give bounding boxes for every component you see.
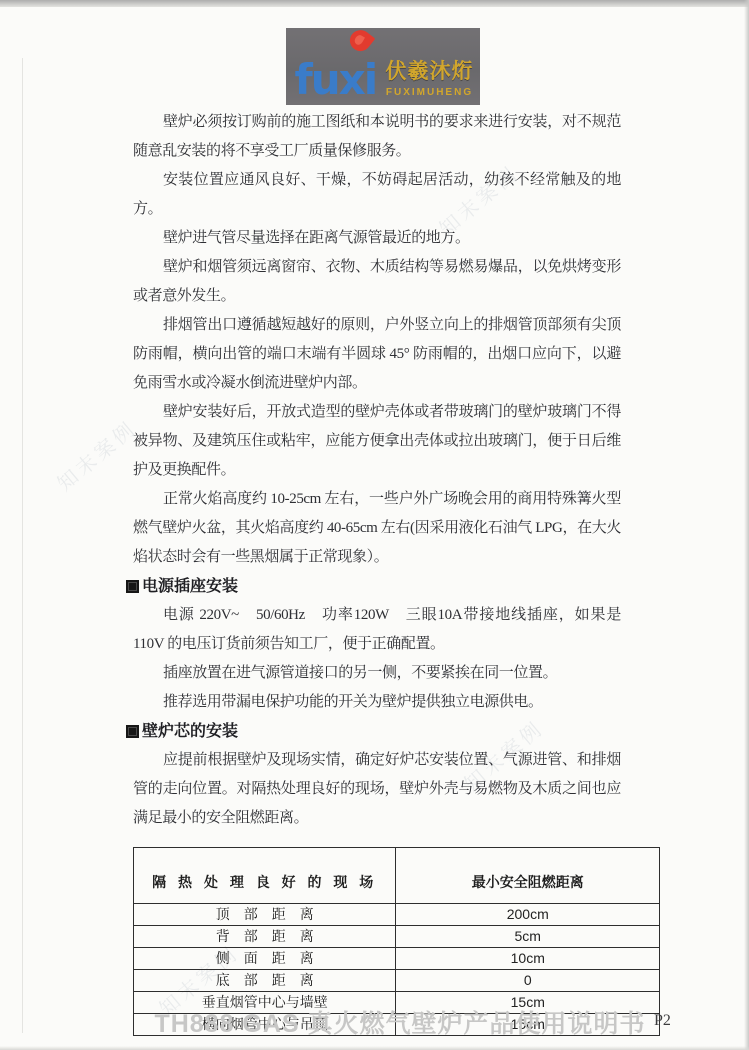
scan-edge-bottom [0, 1046, 749, 1050]
section-title-label: 壁炉芯的安装 [142, 717, 238, 746]
body-paragraph: 推荐选用带漏电保护功能的开关为壁炉提供独立电源供电。 [133, 688, 621, 717]
section-title-label: 电源插座安装 [142, 572, 238, 601]
scan-edge-left [22, 58, 23, 1033]
body-paragraph: 插座放置在进气源管道接口的另一侧，不要紧挨在同一位置。 [133, 659, 621, 688]
flame-icon [345, 26, 374, 55]
footer-watermark-title: TH888 GAS 真火燃气壁炉产品使用说明书 [140, 1004, 660, 1040]
body-paragraph: 壁炉安装好后，开放式造型的壁炉壳体或者带玻璃门的壁炉玻璃门不得被异物、及建筑压住… [133, 398, 621, 485]
table-row: 背 部 距 离 5cm [134, 926, 660, 948]
section-title-power-socket: 电源插座安装 [126, 572, 621, 601]
section-title-firebox-install: 壁炉芯的安装 [126, 717, 621, 746]
table-header-cell: 隔 热 处 理 良 好 的 现 场 [134, 848, 396, 904]
logo-brand-text: fuxi [295, 59, 377, 101]
table-cell-label: 侧 面 距 离 [134, 948, 396, 970]
logo-chinese-name: 伏羲沐烆 [386, 55, 474, 85]
table-header-cell: 最小安全阻燃距离 [396, 848, 660, 904]
table-cell-label: 背 部 距 离 [134, 926, 396, 948]
logo-name-block: 伏羲沐烆 FUXIMUHENG [386, 35, 474, 98]
table-row: 顶 部 距 离 200cm [134, 904, 660, 926]
table-cell-value: 0 [396, 970, 660, 992]
document-body: 壁炉必须按订购前的施工图纸和本说明书的要求来进行安装，对不规范随意乱安装的将不享… [133, 108, 621, 1036]
body-paragraph: 排烟管出口遵循越短越好的原则，户外竖立向上的排烟管顶部须有尖顶防雨帽，横向出管的… [133, 311, 621, 398]
table-cell-value: 10cm [396, 948, 660, 970]
scan-edge-right [744, 0, 749, 1050]
body-paragraph: 安装位置应通风良好、干燥，不妨碍起居活动，幼孩不经常触及的地方。 [133, 166, 621, 224]
body-paragraph: 壁炉必须按订购前的施工图纸和本说明书的要求来进行安装，对不规范随意乱安装的将不享… [133, 108, 621, 166]
body-paragraph: 正常火焰高度约 10-25cm 左右，一些户外广场晚会用的商用特殊篝火型燃气壁炉… [133, 485, 621, 572]
table-cell-label: 底 部 距 离 [134, 970, 396, 992]
logo-brand-block: fuxi [293, 28, 379, 105]
black-square-bullet-icon [126, 580, 139, 593]
table-cell-value: 5cm [396, 926, 660, 948]
body-paragraph: 壁炉进气管尽量选择在距离气源管最近的地方。 [133, 224, 621, 253]
table-cell-label: 顶 部 距 离 [134, 904, 396, 926]
body-paragraph: 应提前根据壁炉及现场实情，确定好炉芯安装位置、气源进管、和排烟管的走向位置。对隔… [133, 746, 621, 833]
black-square-bullet-icon [126, 725, 139, 738]
table-header-row: 隔 热 处 理 良 好 的 现 场 最小安全阻燃距离 [134, 848, 660, 904]
company-logo: fuxi 伏羲沐烆 FUXIMUHENG [286, 28, 480, 105]
scan-edge-top [0, 0, 749, 7]
table-row: 底 部 距 离 0 [134, 970, 660, 992]
table-row: 侧 面 距 离 10cm [134, 948, 660, 970]
body-paragraph: 壁炉和烟管须远离窗帘、衣物、木质结构等易燃易爆品，以免烘烤变形或者意外发生。 [133, 253, 621, 311]
diagonal-watermark: 知末案例 [50, 413, 142, 497]
body-paragraph: 电源 220V~ 50/60Hz 功率120W 三眼10A带接地线插座，如果是 … [133, 601, 621, 659]
logo-english-name: FUXIMUHENG [386, 87, 473, 98]
table-cell-value: 200cm [396, 904, 660, 926]
page-number: P2 [654, 1012, 671, 1030]
